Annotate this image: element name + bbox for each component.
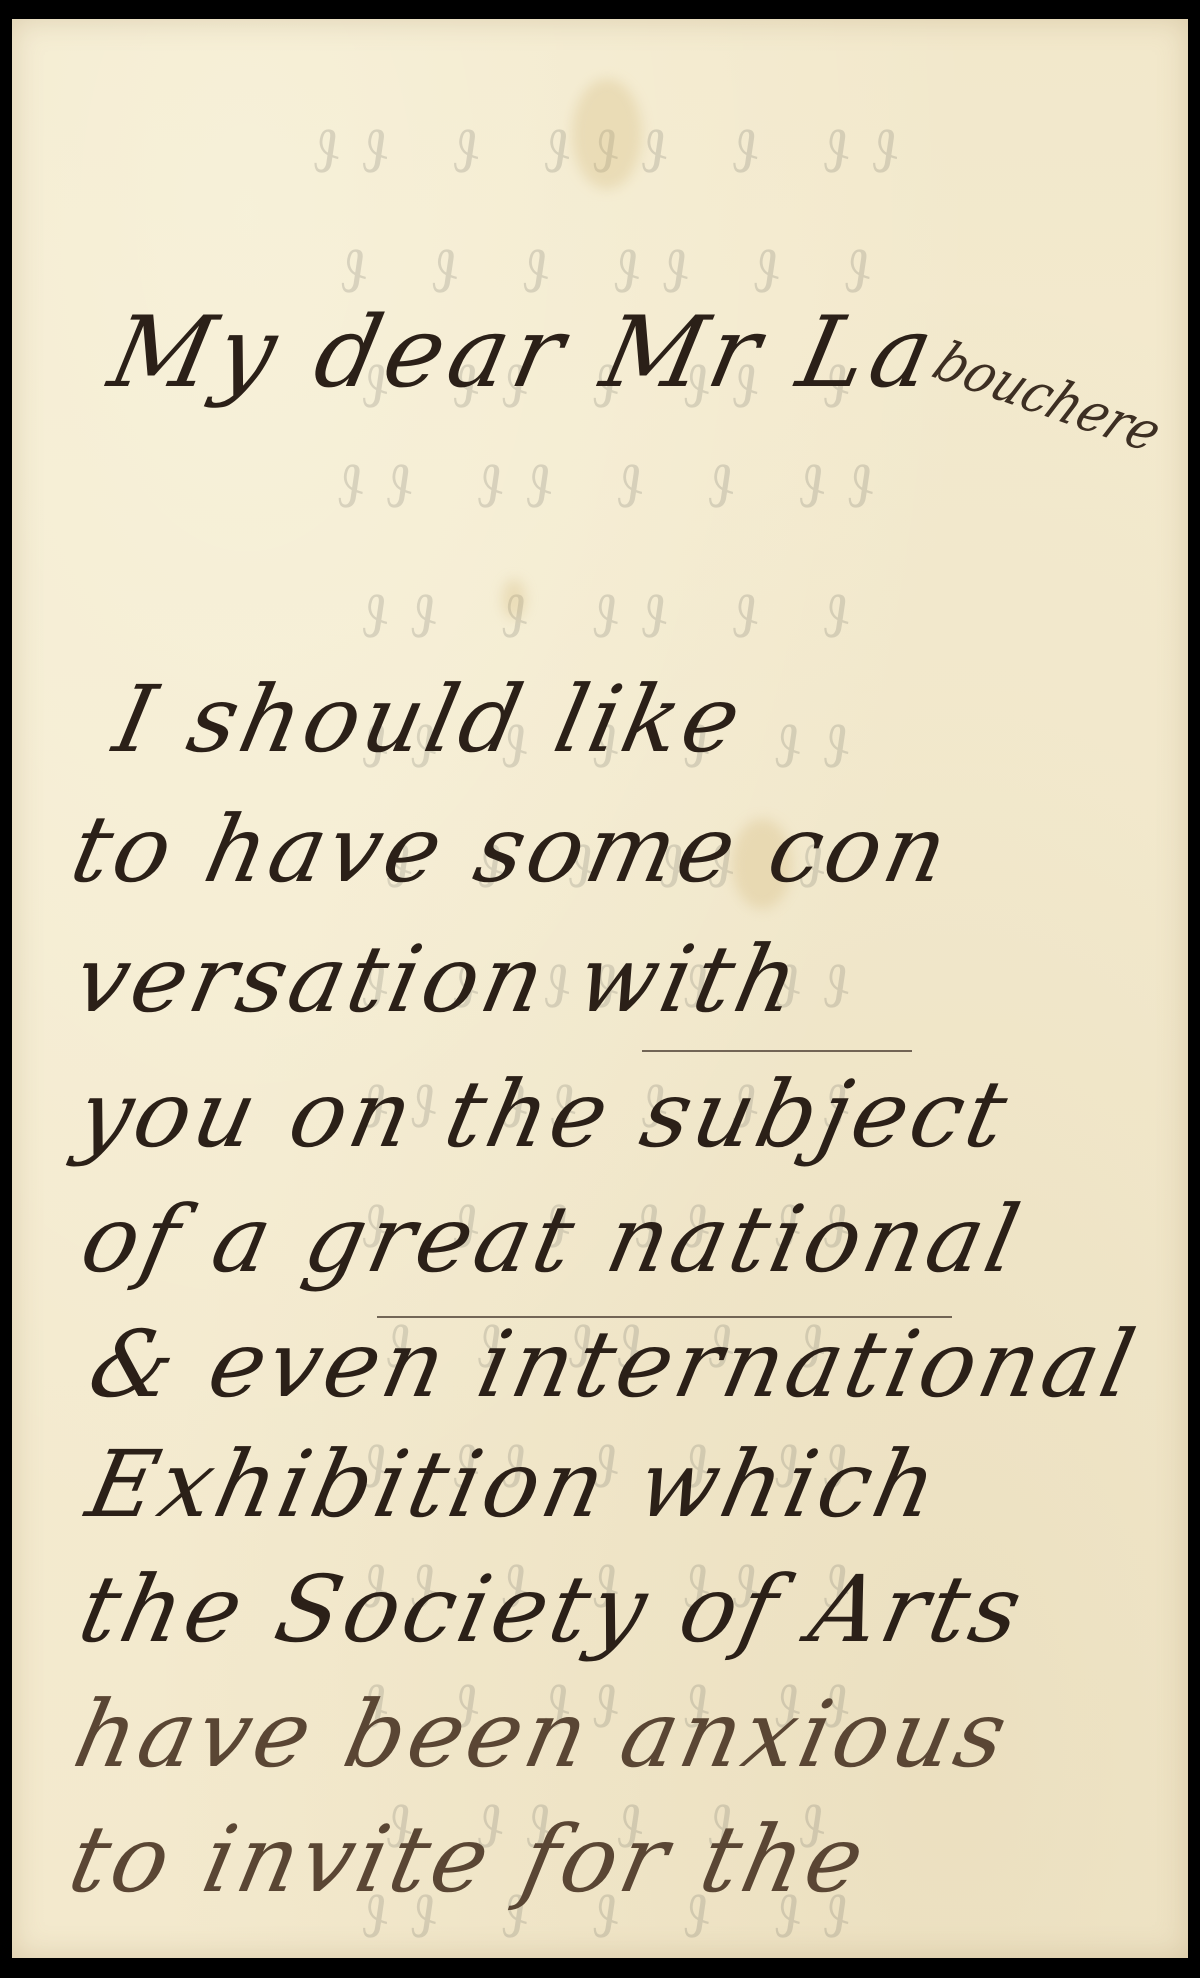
salutation-tail: bouchere [925,335,1170,461]
letter-page: ℓℓ ℓ ℓℓℓ ℓ ℓℓ ℓ ℓ ℓℓ ℓ ℓ ℓ ℓℓ ℓ ℓ ℓℓ ℓℓ … [12,19,1188,1958]
body-line: to have some con [64,804,959,896]
t-crossbar [642,1050,912,1052]
t-crossbar [377,1316,952,1318]
body-line: you on the subject [70,1069,1018,1161]
body-line: I should like [107,674,752,766]
body-line: versation with [67,934,810,1026]
body-line: have been anxious [67,1689,1018,1781]
salutation: My dear Mr Labouchere [102,304,1194,402]
body-line: the Society of Arts [72,1564,1033,1656]
salutation-main: My dear Mr La [100,296,948,410]
body-line: of a great national [74,1194,1030,1286]
letter-text: My dear Mr Labouchere I should like to h… [12,19,1188,1958]
body-line: & even international [82,1319,1146,1411]
body-line: Exhibition which [80,1439,948,1531]
body-line: to invite for the [62,1814,875,1906]
